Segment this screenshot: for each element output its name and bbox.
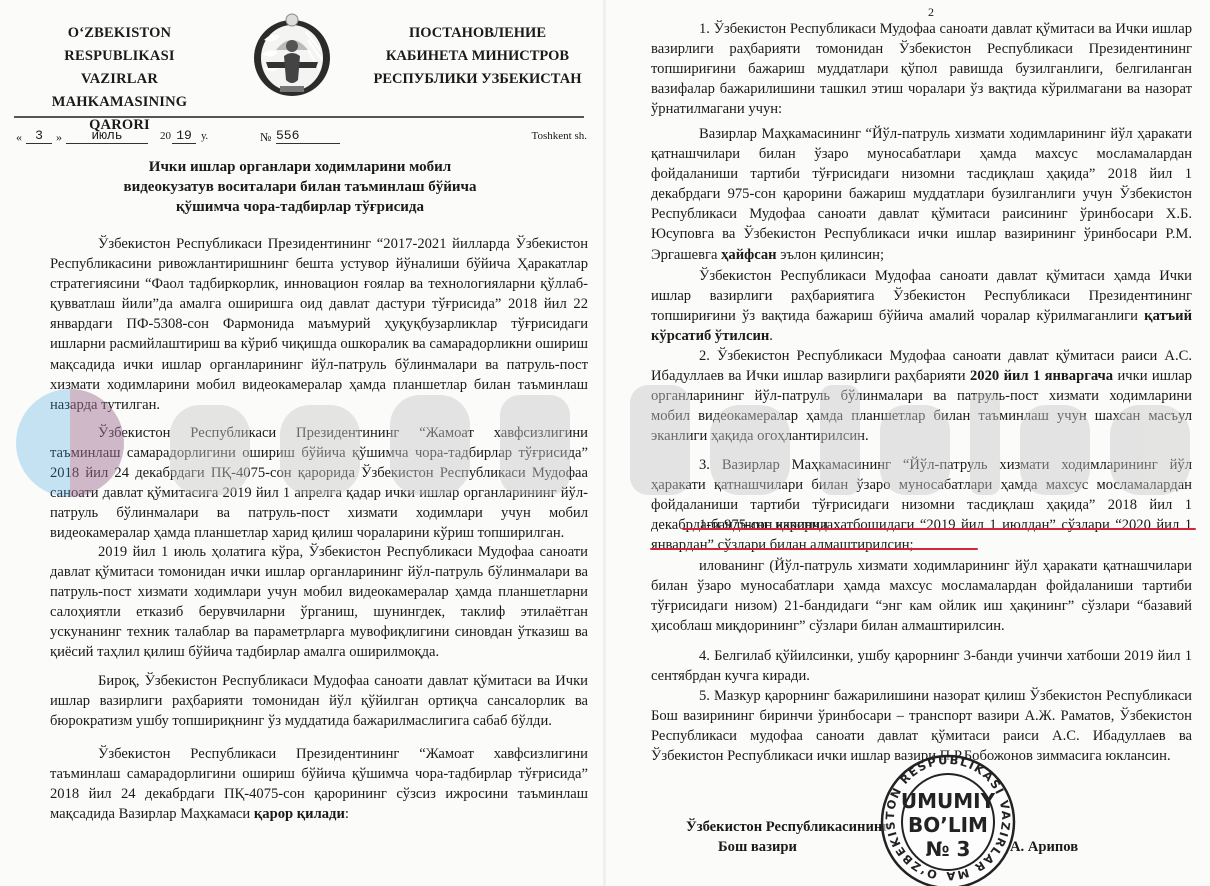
header-ru-line: РЕСПУБЛИКИ УЗБЕКИСТАН — [360, 68, 595, 91]
paragraph-text: 1. Ўзбекистон Республикаси Мудофаа саноа… — [651, 19, 1192, 119]
header-divider — [14, 116, 584, 118]
item-2: 2. Ўзбекистон Республикаси Мудофаа саноа… — [651, 346, 1192, 446]
date-quote-close: » — [56, 130, 62, 145]
paragraph-text: 4. Белгилаб қўйилсинки, ушбу қарорнинг 3… — [651, 646, 1192, 686]
red-underline — [682, 528, 1196, 530]
paragraph-text: Вазирлар Маҳкамасининг “Йўл-патруль хизм… — [651, 126, 1192, 263]
item-1a: Вазирлар Маҳкамасининг “Йўл-патруль хизм… — [651, 124, 1192, 265]
paragraph-text: 2019 йил 1 июль ҳолатига кўра, Ўзбекисто… — [50, 542, 588, 663]
paragraph-tail: . — [769, 328, 773, 344]
header-ru-line: КАБИНЕТА МИНИСТРОВ — [360, 45, 595, 68]
decree-number-label: № — [260, 130, 271, 145]
item-3b: илованинг (Йўл-патруль хизмати ходимлари… — [651, 556, 1192, 636]
decree-number: 556 — [276, 128, 340, 144]
date-day-value: 3 — [26, 128, 52, 143]
item-1: 1. Ўзбекистон Республикаси Мудофаа саноа… — [651, 19, 1192, 119]
header-uzbek: O‘ZBEKISTON RESPUBLIKASI VAZIRLAR MAHKAM… — [12, 22, 227, 137]
paragraph-text: Бироқ, Ўзбекистон Республикаси Мудофаа с… — [50, 671, 588, 731]
header-russian: ПОСТАНОВЛЕНИЕ КАБИНЕТА МИНИСТРОВ РЕСПУБЛ… — [360, 22, 595, 91]
date-year-unit: у. — [201, 130, 208, 142]
page-number: 2 — [928, 5, 934, 20]
item-4: 4. Белгилаб қўйилсинки, ушбу қарорнинг 3… — [651, 646, 1192, 686]
paragraph-text: Ўзбекистон Республикаси Мудофаа саноати … — [651, 268, 1192, 324]
official-stamp-icon: O‘ZBEKISTON RESPUBLIKASI VAZIRLAR MAHKAM… — [878, 752, 1018, 886]
decree-number-value: 556 — [276, 128, 340, 143]
signatory-position: Бош вазири — [718, 839, 797, 856]
title-line: видеокузатув воситалари билан таъминлаш … — [60, 177, 540, 197]
date-line: « 3 » июль 20 19 у. № 556 Toshkent sh. — [14, 128, 589, 148]
date-year-value: 19 — [172, 128, 196, 143]
paragraph-text: Ўзбекистон Республикаси Президентининг “… — [50, 423, 588, 544]
date-day: 3 — [26, 128, 52, 144]
resolution-tail: : — [345, 806, 349, 822]
document-title: Ички ишлар органлари ходимларини мобил в… — [60, 157, 540, 217]
place-of-issue: Toshkent sh. — [532, 130, 587, 142]
stamp-line: UMUMIY — [901, 789, 996, 813]
date-year: 19 — [172, 128, 196, 144]
red-underline — [650, 548, 978, 550]
date-month: июль — [66, 128, 148, 144]
stamp-line: № 3 — [926, 837, 971, 861]
state-emblem-icon — [250, 10, 334, 100]
title-line: Ички ишлар органлари ходимларини мобил — [60, 157, 540, 177]
bold-deadline: 2020 йил 1 январгача — [970, 368, 1113, 384]
date-month-value: июль — [66, 128, 148, 143]
header-uz-line: O‘ZBEKISTON RESPUBLIKASI — [12, 22, 227, 68]
stamp-line: BO’LIM — [908, 813, 988, 837]
bold-reprimand: ҳайфсан — [721, 247, 776, 263]
date-quote-open: « — [16, 130, 22, 145]
preamble-paragraph-4: Бироқ, Ўзбекистон Республикаси Мудофаа с… — [50, 671, 588, 731]
date-year-prefix: 20 — [160, 130, 171, 142]
preamble-paragraph-1: Ўзбекистон Республикаси Президентининг “… — [50, 234, 588, 415]
header-ru-line: ПОСТАНОВЛЕНИЕ — [360, 22, 595, 45]
title-line: қўшимча чора-тадбирлар тўғрисида — [60, 197, 540, 217]
preamble-paragraph-3: 2019 йил 1 июль ҳолатига кўра, Ўзбекисто… — [50, 542, 588, 663]
item-1b: Ўзбекистон Республикаси Мудофаа саноати … — [651, 266, 1192, 346]
signatory-name: А. Арипов — [1010, 839, 1078, 856]
paragraph-text: илованинг (Йўл-патруль хизмати ходимлари… — [651, 556, 1192, 636]
preamble-paragraph-2: Ўзбекистон Республикаси Президентининг “… — [50, 423, 588, 544]
paragraph-text: Ўзбекистон Республикаси Президентининг “… — [50, 744, 588, 824]
resolution-bold: қарор қилади — [254, 806, 345, 822]
paragraph-text: Ўзбекистон Республикаси Президентининг “… — [50, 234, 588, 415]
resolution-paragraph: Ўзбекистон Республикаси Президентининг “… — [50, 744, 588, 824]
signatory-title: Ўзбекистон Республикасининг — [686, 819, 889, 836]
paragraph-tail: эълон қилинсин; — [777, 247, 884, 263]
header-uz-line: VAZIRLAR MAHKAMASINING — [12, 68, 227, 114]
